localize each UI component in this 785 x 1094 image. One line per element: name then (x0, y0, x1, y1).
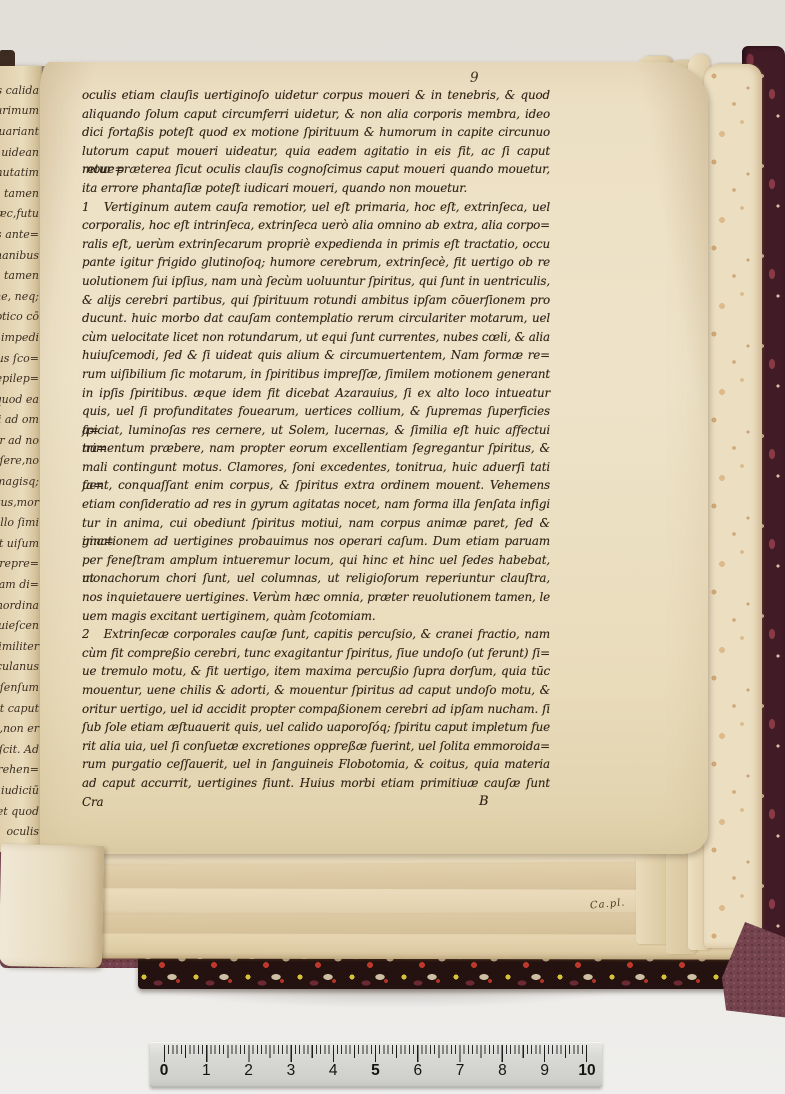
text-line: mouentur, uene chilis & adorti, & mouent… (82, 681, 550, 700)
text-line: aliquando ſolum caput circumferri uidetu… (82, 105, 550, 124)
clipped-text-fragment: & ſimiliter (0, 636, 42, 657)
text-line: 1 Vertiginum autem cauſa remotior, uel e… (82, 198, 550, 217)
text-line: ſpiciat, luminoſas res cernere, ut Solem… (82, 421, 550, 440)
text-line: pante igitur frigido glutinoſoq; humore … (82, 253, 550, 272)
text-line: rit alia uia, uel ſi conſuetæ excretione… (82, 737, 550, 756)
ruler-tick-marks (164, 1045, 588, 1063)
loose-paper-strip (0, 844, 104, 968)
clipped-text-fragment: piritus,mor (0, 492, 42, 513)
clipped-text-fragment: ut iam di= (0, 574, 42, 595)
text-line: tur in anima, cui obediunt ſpiritus moti… (82, 514, 550, 533)
clipped-text-fragment: inutatim (0, 162, 42, 183)
clipped-text-fragment: m uidean (0, 142, 42, 163)
clipped-text-fragment: ſi tamen (0, 265, 42, 286)
text-line: etiam conſideratio ad res in gyrum agita… (82, 495, 550, 514)
previous-page-edge: is calidalurimumuariantm uideaninutatimi… (0, 66, 42, 852)
clipped-text-fragment: lurimum (0, 101, 42, 122)
fore-edge-leaf-foxed (704, 64, 762, 948)
paragraph-continuation: oculis etiam clauſis uertiginoſo uidetur… (82, 86, 550, 198)
clipped-text-fragment: ſtruāt uiſum (0, 533, 42, 554)
clipped-text-fragment: epilep= (0, 368, 42, 389)
text-line: mali contingunt motus. Clamores, ſoni ex… (82, 458, 550, 477)
clipped-text-fragment: impedi (0, 327, 42, 348)
clipped-text-fragment: m inordina (0, 595, 42, 616)
clipped-text-fragment: ad ſenſum (0, 677, 42, 698)
clipped-text-fragment: iquet quod (0, 801, 42, 822)
clipped-text-fragment: bus ſco= (0, 348, 42, 369)
text-line: quis, uel ſi profunditates fouearum, uer… (82, 402, 550, 421)
paragraph-2: 2 Extrinſecæ corporales cauſæ ſunt, capi… (82, 625, 550, 792)
text-line: rum uiſibilium ſic motarum, in ſpiritibu… (82, 365, 550, 384)
clipped-text-fragment: nem,non er (0, 718, 42, 739)
clipped-text-fragment: ione, neq; (0, 286, 42, 307)
clipped-text-fragment: cenſere,no (0, 451, 42, 472)
text-line: huiuſcemodi, ſed & ſi uideat quis alium … (82, 346, 550, 365)
text-line: uolutionem ſui ipſius, nam unà ſecùm uol… (82, 272, 550, 291)
clipped-text-fragment: leptico cō (0, 307, 42, 328)
text-line: per feneſtram amplum intueremur locum, q… (82, 551, 550, 570)
page-text: oculis etiam clauſis uertiginoſo uidetur… (82, 86, 550, 814)
book-photograph: Ca.pl. is calidalurimumuariantm uideanin… (0, 0, 785, 1094)
text-line: & alijs cerebri partibus, qui ſpirituum … (82, 291, 550, 310)
text-line: ita errore phantaſiæ poteſt iudicari mou… (82, 179, 550, 198)
signature-mark: B (479, 793, 488, 812)
clipped-text-fragment: uieſcit. Ad (0, 739, 42, 760)
text-line: ſub ſole etiam æſtuauerit quis, uel cali… (82, 718, 550, 737)
clipped-text-fragment: hæc,futu (0, 204, 42, 225)
ruler: 012345678910 (150, 1042, 602, 1087)
text-line: ducunt. huic morbo dat cauſam contemplat… (82, 309, 550, 328)
clipped-text-fragment: ta,magisq; (0, 471, 42, 492)
text-line: monachorum chori ſunt, uel columnas, ut … (82, 569, 550, 588)
clipped-text-fragment: ione repre= (0, 554, 42, 575)
text-line: ralis eſt, uerùm extrinſecarum propriè e… (82, 235, 550, 254)
paragraph-1: 1 Vertiginum autem cauſa remotior, uel e… (82, 198, 550, 626)
text-line: 2 Extrinſecæ corporales cauſæ ſunt, capi… (82, 625, 550, 644)
ruler-cm-numbers: 012345678910 (164, 1062, 587, 1084)
text-line: retur præterea ſicut oculis clauſis cogn… (82, 160, 550, 179)
clipped-text-fragment: um quieſcen (0, 615, 42, 636)
clipped-text-fragment: is calida (0, 80, 42, 101)
clipped-text-fragment: yſtallo ſimi (0, 512, 42, 533)
clipped-text-fragment: ire tamen (0, 183, 42, 204)
text-line: uent, conquaſſant enim corpus, & ſpiritu… (82, 476, 550, 495)
text-line: oculis etiam clauſis uertiginoſo uidetur… (82, 86, 550, 105)
text-line: rum purgatio ceſſauerit, uel in ſanguine… (82, 755, 550, 774)
text-line: ue tremulo motu, & fit uertigo, item max… (82, 662, 550, 681)
text-line: uem magis excitant uertiginem, quàm ſcot… (82, 607, 550, 626)
clipped-text-fragment: omprehen= (0, 760, 42, 781)
text-line: lutorum caput moueri uideatur, quia eade… (82, 142, 550, 161)
clipped-text-fragment: Herculanus (0, 657, 42, 678)
clipped-text-fragment: poßit caput (0, 698, 42, 719)
text-line: in ipſis ſpiritibus. æque idem fit diceb… (82, 384, 550, 403)
clipped-text-fragment: tur ad no (0, 430, 42, 451)
text-line: nos inquietauere uertigines. Verùm hæc o… (82, 588, 550, 607)
text-line: oritur uertigo, uel id accidit propter c… (82, 700, 550, 719)
page-number: 9 (470, 70, 479, 86)
clipped-text-fragment: oculis (0, 821, 42, 842)
text-line: cùm fit compreßio cerebri, tunc exagitan… (82, 644, 550, 663)
clipped-text-fragment: uariant (0, 121, 42, 142)
text-line: corporalis, hoc eſt intrinſeca, extrinſe… (82, 216, 550, 235)
clipped-text-fragment: ,manibus (0, 245, 42, 266)
clipped-text-fragment: ri ad om (0, 410, 42, 431)
text-line: dici fortaßis poteſt quod ex motione ſpi… (82, 123, 550, 142)
text-line: cùm uelocitate licet non rotundarum, ut … (82, 328, 550, 347)
clipped-text-fragment: em iudiciū (0, 780, 42, 801)
text-line: ad caput accurrit, uertigines fiunt. Hui… (82, 774, 550, 793)
text-line: ginationem ad uertigines probauimus nos … (82, 532, 550, 551)
text-line: trimentum præbere, nam propter eorum exc… (82, 439, 550, 458)
clipped-text-fragment: quod ea (0, 389, 42, 410)
clipped-text-fragment: ſus ante= (0, 224, 42, 245)
